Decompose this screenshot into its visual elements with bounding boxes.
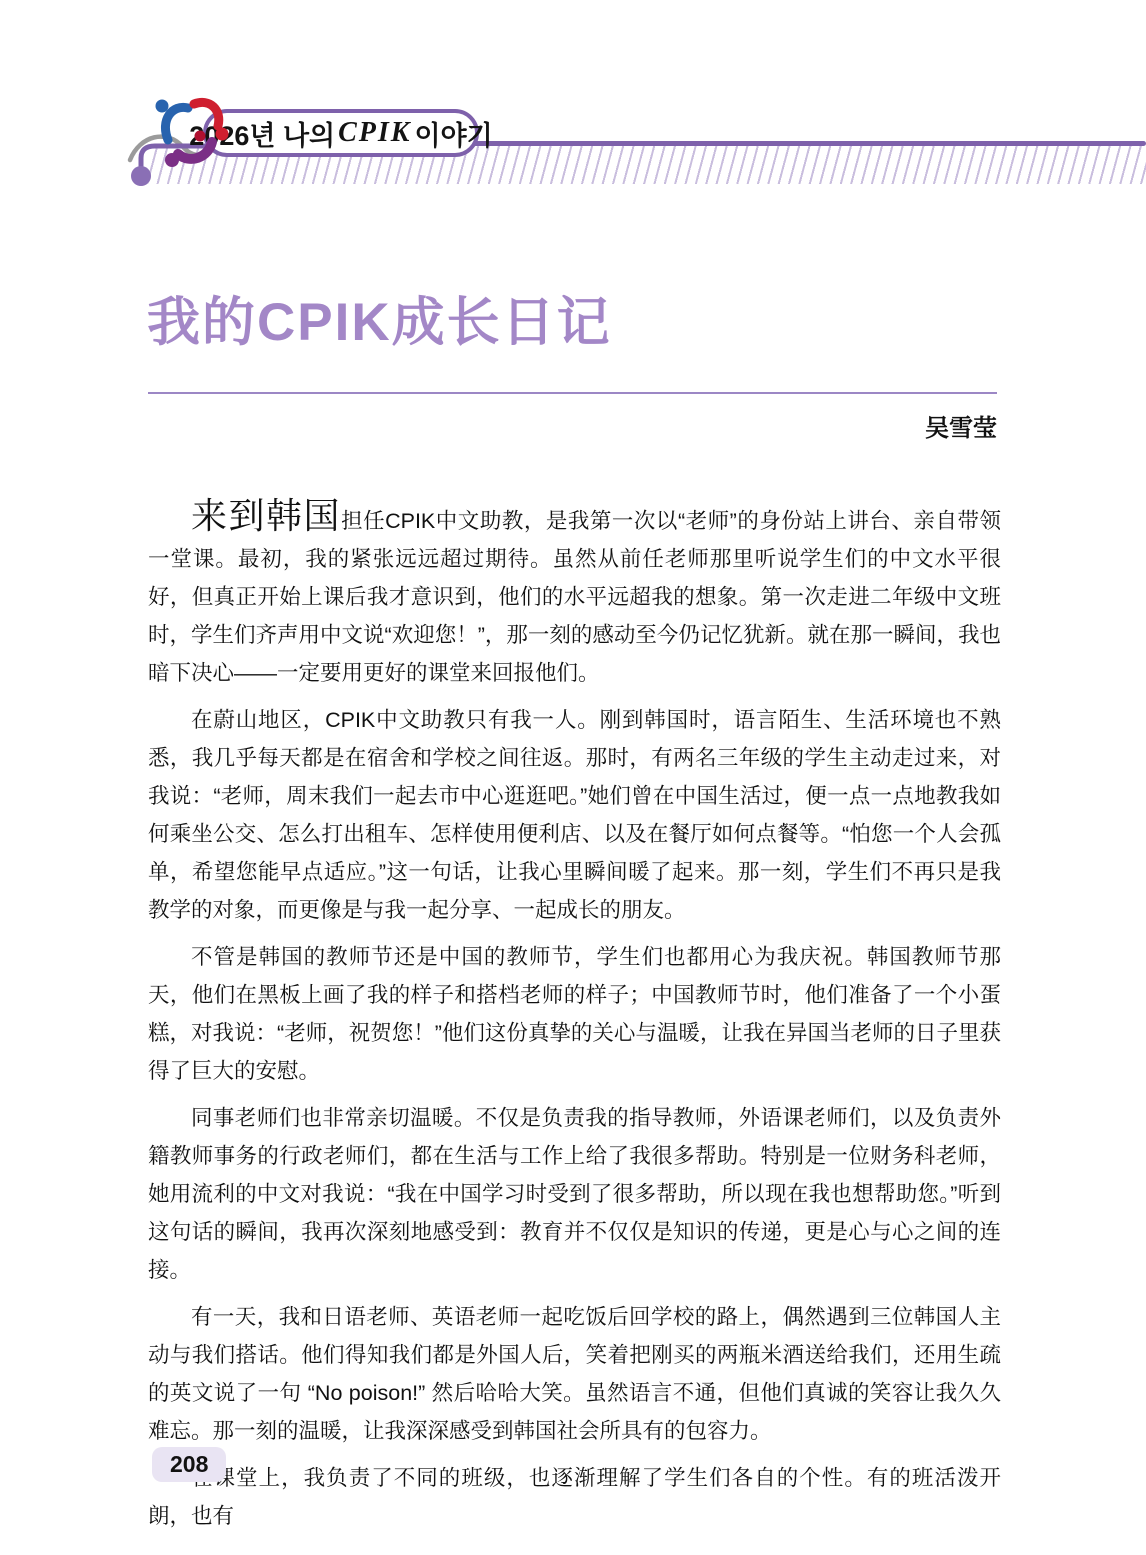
page-title: 我的CPIK成长日记 [147, 280, 1007, 356]
title-separator-line [148, 392, 997, 394]
header-label-suffix: 이야기 [414, 114, 492, 153]
paragraph-3: 不管是韩国的教师节还是中国的教师节，学生们也都用心为我庆祝。韩国教师节那天，他们… [148, 938, 1001, 1090]
lead-in-text: 来到韩国 [191, 496, 341, 536]
paragraph-6: 在课堂上，我负责了不同的班级，也逐渐理解了学生们各自的个性。有的班活泼开朗，也有 [148, 1459, 1001, 1535]
page-number-badge: 208 [152, 1447, 226, 1482]
header-label-brand: CPIK [335, 117, 414, 149]
author-name: 吴雪莹 [148, 408, 997, 443]
paragraph-1: 来到韩国担任CPIK中文助教，是我第一次以“老师”的身份站上讲台、亲自带领一堂课… [148, 498, 1001, 692]
paragraph-2: 在蔚山地区，CPIK中文助教只有我一人。刚到韩国时，语言陌生、生活环境也不熟悉，… [148, 701, 1001, 929]
article-body: 来到韩国担任CPIK中文助教，是我第一次以“老师”的身份站上讲台、亲自带领一堂课… [148, 498, 1001, 1544]
cpik-people-logo [148, 92, 232, 176]
paragraph-4: 同事老师们也非常亲切温暖。不仅是负责我的指导教师，外语课老师们，以及负责外籍教师… [148, 1099, 1001, 1289]
header-pill: 2026년 나의 CPIK 이야기 [203, 109, 479, 157]
paragraph-5: 有一天，我和日语老师、英语老师一起吃饭后回学校的路上，偶然遇到三位韩国人主动与我… [148, 1298, 1001, 1450]
